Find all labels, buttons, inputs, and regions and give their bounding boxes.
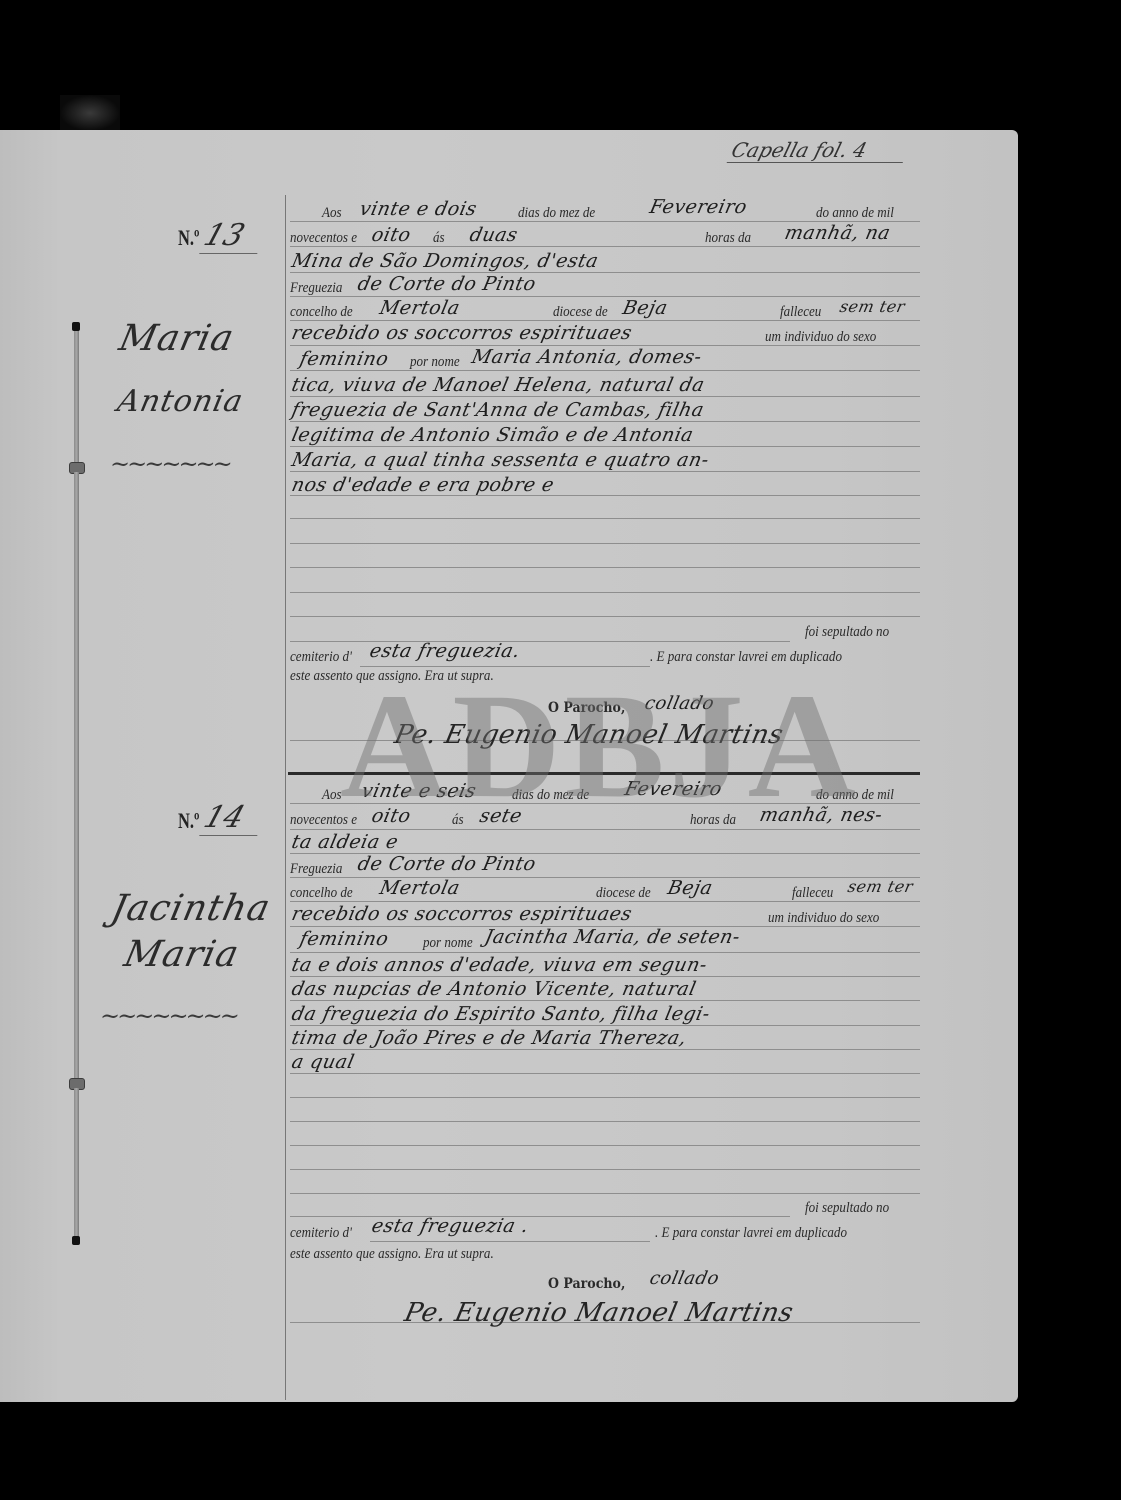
- parocho-label: O Parocho,: [548, 700, 625, 716]
- folio-note: Capella fol. 4: [727, 138, 910, 163]
- field-year: oito: [370, 224, 413, 246]
- form-text: Aos: [322, 205, 342, 222]
- form-text: dias do mez de: [518, 205, 595, 222]
- entry-separator: [288, 772, 920, 775]
- form-text: do anno de mil: [816, 787, 894, 804]
- margin-flourish: ~~~~~~~~: [100, 1002, 237, 1030]
- parocho-label: O Parocho,: [548, 1276, 625, 1292]
- form-text: novecentos e: [290, 812, 357, 829]
- form-text: novecentos e: [290, 230, 357, 247]
- form-text: falleceu: [792, 885, 833, 902]
- scan-shadow: [60, 95, 120, 131]
- margin-name-second: Antonia: [114, 384, 246, 419]
- field-falleceu-note: sem ter: [846, 877, 915, 896]
- form-text: Freguezia: [290, 861, 342, 878]
- body-line: das nupcias de Antonio Vicente, natural: [290, 978, 699, 1000]
- form-text: . E para constar lavrei em duplicado: [655, 1225, 847, 1242]
- binding-thread: [74, 1088, 79, 1238]
- margin-name-second: Maria: [121, 934, 243, 975]
- field-day: vinte e dois: [358, 198, 479, 220]
- field-freguezia: de Corte do Pinto: [356, 853, 538, 875]
- body-line: nos d'edade e era pobre e: [290, 474, 557, 496]
- field-nome: Jacintha Maria, de seten-: [483, 926, 743, 948]
- form-text: foi sepultado no: [805, 624, 889, 641]
- entry-number-label: N.º: [178, 808, 199, 834]
- field-sacraments: recebido os soccorros espirituaes: [290, 903, 634, 925]
- form-text: este assento que assigno. Era ut supra.: [290, 1246, 494, 1263]
- form-text: Aos: [322, 787, 342, 804]
- form-text: ás: [433, 230, 445, 247]
- margin-name-first: Jacintha: [108, 888, 275, 929]
- form-text: diocese de: [596, 885, 651, 902]
- field-sexo: feminino: [298, 348, 391, 370]
- field-year: oito: [370, 805, 413, 827]
- body-line: a qual: [290, 1051, 357, 1073]
- field-falleceu-note: sem ter: [838, 297, 907, 316]
- entry-number: 13: [199, 218, 269, 254]
- body-line: da freguezia do Espirito Santo, filha le…: [290, 1003, 712, 1025]
- body-line: freguezia de Sant'Anna de Cambas, filha: [290, 399, 706, 421]
- field-concelho: Mertola: [378, 297, 462, 319]
- margin-rule: [285, 195, 286, 1400]
- field-period: manhã, nes-: [758, 804, 885, 826]
- field-sexo: feminino: [298, 928, 391, 950]
- entry-number: 14: [199, 800, 269, 836]
- field-hour: sete: [478, 805, 525, 827]
- form-text: falleceu: [780, 304, 821, 321]
- body-line: legitima de Antonio Simão e de Antonia: [290, 424, 696, 446]
- form-text: concelho de: [290, 885, 353, 902]
- form-text: foi sepultado no: [805, 1200, 889, 1217]
- field-freguezia: de Corte do Pinto: [356, 273, 538, 295]
- field-cemiterio: esta freguezia .: [370, 1215, 531, 1237]
- form-text: este assento que assigno. Era ut supra.: [290, 668, 494, 685]
- form-text: cemiterio d': [290, 649, 352, 666]
- margin-name-first: Maria: [116, 318, 238, 359]
- form-text: horas da: [690, 812, 736, 829]
- body-line: Maria, a qual tinha sessenta e quatro an…: [290, 449, 711, 471]
- field-month: Fevereiro: [623, 778, 724, 800]
- form-text: ás: [452, 812, 464, 829]
- field-place: Mina de São Domingos, d'esta: [290, 250, 601, 272]
- binding-thread: [74, 330, 79, 470]
- entry-number-label: N.º: [178, 225, 199, 251]
- field-diocese: Beja: [666, 877, 715, 899]
- field-diocese: Beja: [621, 297, 670, 319]
- form-text: Freguezia: [290, 280, 342, 297]
- form-text: diocese de: [553, 304, 608, 321]
- field-nome: Maria Antonia, domes-: [470, 346, 704, 368]
- form-text: do anno de mil: [816, 205, 894, 222]
- signature: Pe. Eugenio Manoel Martins: [402, 1298, 796, 1328]
- field-concelho: Mertola: [378, 877, 462, 899]
- parocho-title: collado: [643, 693, 716, 714]
- form-text: horas da: [705, 230, 751, 247]
- form-text: por nome: [423, 935, 473, 952]
- body-line: ta e dois annos d'edade, viuva em segun-: [290, 954, 710, 976]
- binding-thread: [74, 472, 79, 1082]
- body-line: tima de João Pires e de Maria Thereza,: [290, 1027, 689, 1049]
- field-place: ta aldeia e: [290, 831, 401, 853]
- field-period: manhã, na: [783, 222, 893, 244]
- body-line: tica, viuva de Manoel Helena, natural da: [290, 374, 707, 396]
- field-hour: duas: [468, 224, 520, 246]
- form-text: dias do mez de: [512, 787, 589, 804]
- field-sacraments: recebido os soccorros espirituaes: [290, 322, 634, 344]
- form-text: um individuo do sexo: [768, 910, 879, 927]
- field-month: Fevereiro: [648, 196, 749, 218]
- form-text: concelho de: [290, 304, 353, 321]
- signature: Pe. Eugenio Manoel Martins: [392, 720, 786, 750]
- form-text: por nome: [410, 354, 460, 371]
- field-day: vinte e seis: [360, 780, 479, 802]
- binding-thread-end: [72, 1236, 80, 1245]
- margin-flourish: ~~~~~~~: [110, 450, 230, 478]
- parocho-title: collado: [648, 1268, 721, 1289]
- form-text: . E para constar lavrei em duplicado: [650, 649, 842, 666]
- binding-thread-end: [72, 322, 80, 331]
- form-text: cemiterio d': [290, 1225, 352, 1242]
- form-text: um individuo do sexo: [765, 329, 876, 346]
- field-cemiterio: esta freguezia.: [368, 640, 523, 662]
